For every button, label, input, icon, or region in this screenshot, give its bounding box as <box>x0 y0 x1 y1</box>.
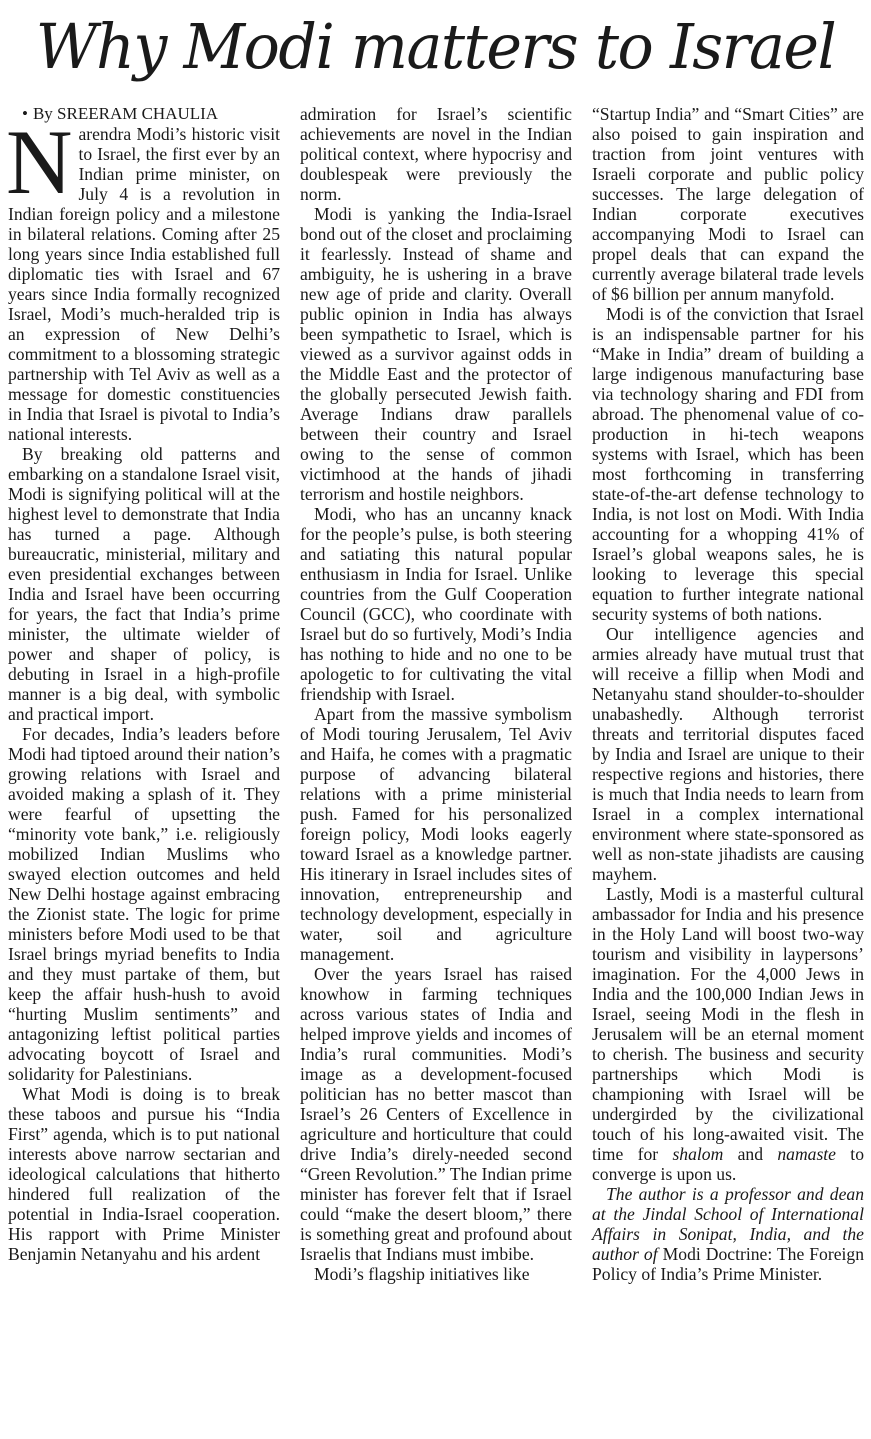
paragraph: Narendra Modi’s historic visit to Israel… <box>8 124 280 444</box>
headline: Why Modi matters to Israel <box>13 4 858 90</box>
paragraph: Lastly, Modi is a masterful cultural amb… <box>592 884 864 1184</box>
paragraph: “Startup India” and “Smart Cities” are a… <box>592 104 864 304</box>
paragraph: Our intelligence agencies and armies alr… <box>592 624 864 884</box>
paragraph: Modi’s flagship initiatives like <box>300 1264 572 1284</box>
paragraph-text: and <box>723 1144 777 1164</box>
paragraph: By breaking old patterns and embarking o… <box>8 444 280 724</box>
paragraph: For decades, India’s leaders before Modi… <box>8 724 280 1084</box>
column-1: •By SREERAM CHAULIA Narendra Modi’s hist… <box>8 104 280 1284</box>
paragraph-text: Lastly, Modi is a masterful cultural amb… <box>592 884 864 1164</box>
paragraph: admiration for Israel’s scientific achie… <box>300 104 572 204</box>
author-bio: The author is a professor and dean at th… <box>592 1184 864 1284</box>
paragraph: What Modi is doing is to break these tab… <box>8 1084 280 1264</box>
column-3: “Startup India” and “Smart Cities” are a… <box>592 104 864 1284</box>
drop-cap: N <box>6 130 72 192</box>
byline-text: By SREERAM CHAULIA <box>33 104 218 123</box>
paragraph: Over the years Israel has raised knowhow… <box>300 964 572 1264</box>
article-body: •By SREERAM CHAULIA Narendra Modi’s hist… <box>8 104 864 1284</box>
italic-word: shalom <box>672 1144 723 1164</box>
paragraph: Modi, who has an uncanny knack for the p… <box>300 504 572 704</box>
paragraph: Apart from the massive symbolism of Modi… <box>300 704 572 964</box>
paragraph: Modi is of the conviction that Israel is… <box>592 304 864 624</box>
column-2: admiration for Israel’s scientific achie… <box>300 104 572 1284</box>
bullet-icon: • <box>22 104 28 123</box>
italic-word: namaste <box>777 1144 836 1164</box>
byline: •By SREERAM CHAULIA <box>8 104 280 124</box>
paragraph: Modi is yanking the India-Israel bond ou… <box>300 204 572 504</box>
